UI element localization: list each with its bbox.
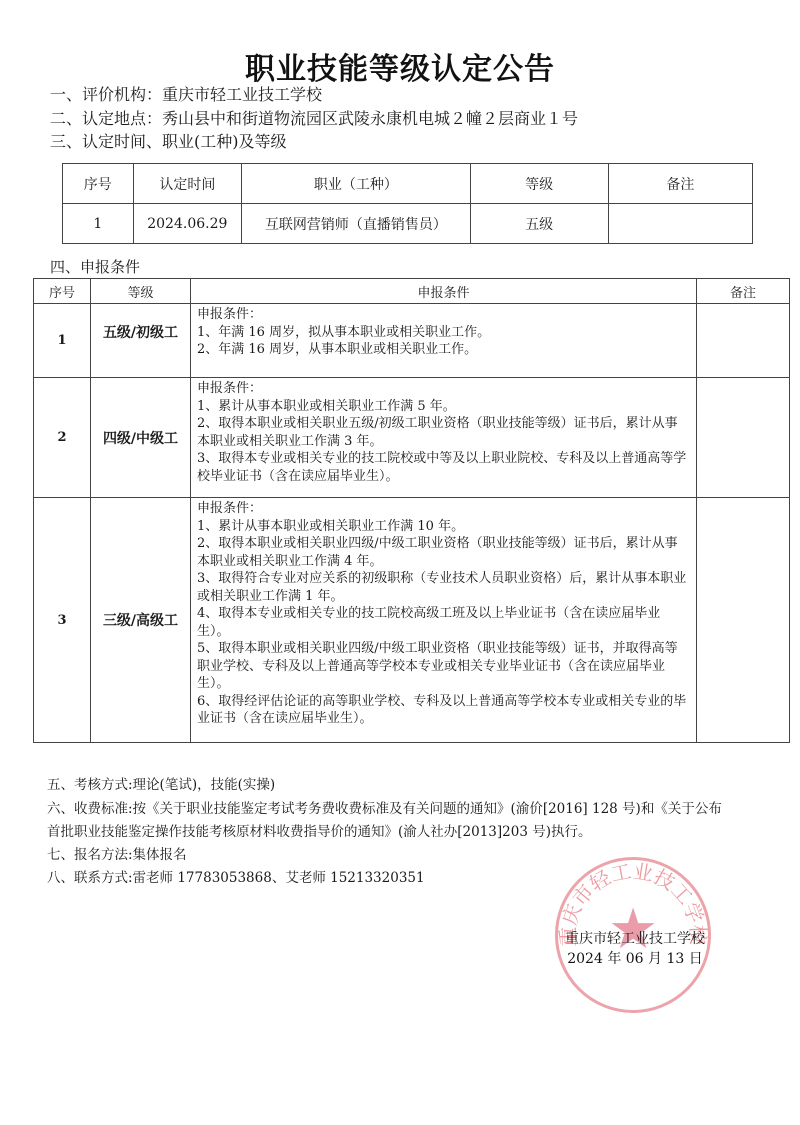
condition-line: 2、取得本职业或相关职业五级/初级工职业资格（职业技能等级）证书后，累计从事本职… (197, 415, 690, 450)
condition-line: 1、年满 16 周岁，拟从事本职业或相关职业工作。 (197, 324, 690, 342)
cell-level: 四级/中级工 (91, 378, 191, 498)
section4-title: 四、申报条件 (50, 256, 140, 277)
schedule-table: 序号 认定时间 职业（工种） 等级 备注 1 2024.06.29 互联网营销师… (62, 163, 753, 244)
cell-num: 1 (63, 204, 134, 244)
condition-line: 4、取得本专业或相关专业的技工院校高级工班及以上毕业证书（含在读应届毕业生）。 (197, 605, 690, 640)
condition-line: 2、取得本职业或相关职业四级/中级工职业资格（职业技能等级）证书后，累计从事本职… (197, 535, 690, 570)
condition-line: 申报条件： (197, 500, 690, 518)
condition-line: 5、取得本职业或相关职业四级/中级工职业资格（职业技能等级）证书，并取得高等职业… (197, 640, 690, 693)
header-cell: 认定时间 (133, 164, 242, 204)
table-row: 1 五级/初级工 申报条件： 1、年满 16 周岁，拟从事本职业或相关职业工作。… (34, 304, 790, 378)
cell-conditions: 申报条件： 1、累计从事本职业或相关职业工作满 10 年。 2、取得本职业或相关… (191, 498, 697, 743)
table-header-row: 序号 认定时间 职业（工种） 等级 备注 (63, 164, 753, 204)
fee-standard-line-2: 首批职业技能鉴定操作技能考核原材料收费指导价的通知》(渝人社办[2013]203… (47, 820, 591, 840)
signature-date: 2024 年 06 月 13 日 (545, 948, 725, 968)
header-cell: 申报条件 (191, 279, 697, 304)
header-cell: 序号 (63, 164, 134, 204)
cell-occupation: 互联网营销师（直播销售员） (242, 204, 471, 244)
condition-line: 2、年满 16 周岁，从事本职业或相关职业工作。 (197, 341, 690, 359)
cell-note (697, 498, 790, 743)
condition-line: 申报条件： (197, 380, 690, 398)
evaluation-org-line: 一、评价机构：重庆市轻工业技工学校 (50, 82, 322, 105)
header-cell: 等级 (91, 279, 191, 304)
table-row: 3 三级/高级工 申报条件： 1、累计从事本职业或相关职业工作满 10 年。 2… (34, 498, 790, 743)
table-header-row: 序号 等级 申报条件 备注 (34, 279, 790, 304)
header-cell: 备注 (608, 164, 752, 204)
cell-num: 1 (34, 304, 91, 378)
signature-org: 重庆市轻工业技工学校 (545, 928, 725, 948)
cell-note (608, 204, 752, 244)
time-occupation-line: 三、认定时间、职业(工种)及等级 (50, 129, 287, 152)
table-row: 2 四级/中级工 申报条件： 1、累计从事本职业或相关职业工作满 5 年。 2、… (34, 378, 790, 498)
condition-line: 3、取得符合专业对应关系的初级职称（专业技术人员职业资格）后，累计从事本职业或相… (197, 570, 690, 605)
condition-line: 1、累计从事本职业或相关职业工作满 10 年。 (197, 518, 690, 536)
cell-date: 2024.06.29 (133, 204, 242, 244)
cell-conditions: 申报条件： 1、年满 16 周岁，拟从事本职业或相关职业工作。 2、年满 16 … (191, 304, 697, 378)
cell-num: 2 (34, 378, 91, 498)
header-cell: 职业（工种） (242, 164, 471, 204)
cell-conditions: 申报条件： 1、累计从事本职业或相关职业工作满 5 年。 2、取得本职业或相关职… (191, 378, 697, 498)
exam-method-line: 五、考核方式:理论(笔试)，技能(实操) (47, 773, 275, 793)
cell-level: 三级/高级工 (91, 498, 191, 743)
cell-level: 五级/初级工 (91, 304, 191, 378)
cell-note (697, 304, 790, 378)
location-line: 二、认定地点：秀山县中和街道物流园区武陵永康机电城２幢２层商业１号 (50, 106, 578, 129)
condition-line: 6、取得经评估论证的高等职业学校、专科及以上普通高等学校本专业或相关专业的毕业证… (197, 693, 690, 728)
cell-num: 3 (34, 498, 91, 743)
table-row: 1 2024.06.29 互联网营销师（直播销售员） 五级 (63, 204, 753, 244)
header-cell: 序号 (34, 279, 91, 304)
cell-level: 五级 (470, 204, 608, 244)
conditions-table: 序号 等级 申报条件 备注 1 五级/初级工 申报条件： 1、年满 16 周岁，… (33, 278, 790, 743)
fee-standard-line: 六、收费标准:按《关于职业技能鉴定考试考务费收费标准及有关问题的通知》(渝价[2… (47, 797, 722, 817)
condition-line: 1、累计从事本职业或相关职业工作满 5 年。 (197, 398, 690, 416)
condition-line: 申报条件： (197, 306, 690, 324)
registration-method-line: 七、报名方法:集体报名 (47, 843, 187, 863)
condition-line: 3、取得本专业或相关专业的技工院校或中等及以上职业院校、专科及以上普通高等学校毕… (197, 450, 690, 485)
cell-note (697, 378, 790, 498)
header-cell: 备注 (697, 279, 790, 304)
contact-line: 八、联系方式:雷老师 17783053868、艾老师 15213320351 (47, 866, 425, 886)
header-cell: 等级 (470, 164, 608, 204)
